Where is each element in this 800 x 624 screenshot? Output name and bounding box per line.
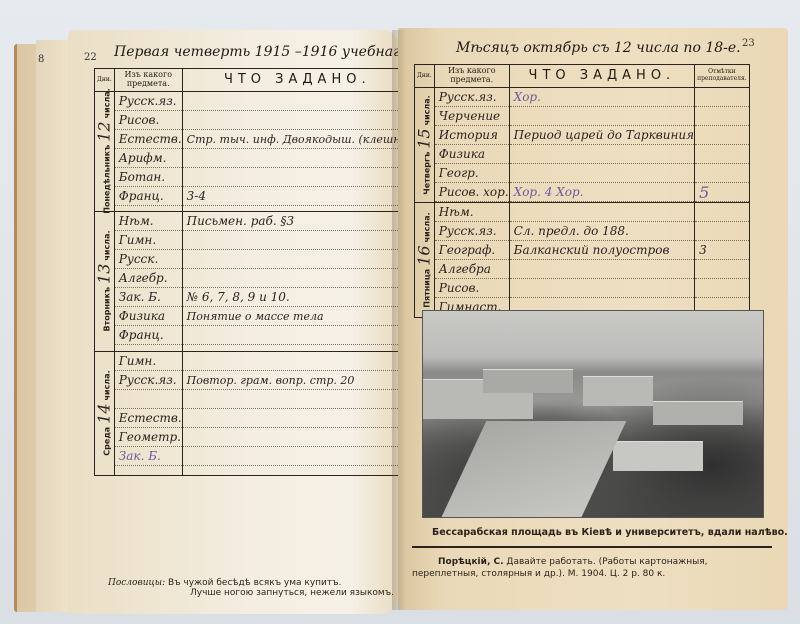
col-mark-header: Отмѣтки преподавателя. xyxy=(695,65,750,88)
proverb-line-1: Въ чужой бесѣдѣ всякъ ума купитъ. xyxy=(168,578,341,588)
assignment-entry: Балканский полуостров xyxy=(510,241,694,260)
assignment-entry: Письмен. раб. §3 xyxy=(183,212,412,231)
assignment-column: Письмен. раб. §3 № 6, 7, 8, 9 и 10. Поня… xyxy=(182,211,412,351)
day-cell: Пятница16числа. xyxy=(415,202,435,317)
assignment-column: Стр. тыч. инф. Двоякодыш. (клешни) 3-4 xyxy=(182,91,412,211)
subject-column: Русск.яз. Черчение История Физика Геогр.… xyxy=(434,87,509,202)
day-label: Среда14числа. xyxy=(95,370,114,455)
photo-building xyxy=(653,401,743,425)
proverb-line-2: Лучше ногою запнуться, нежели языкомъ. xyxy=(190,588,394,598)
assignment-entry: Сл. предл. до 188. xyxy=(510,222,694,241)
assignment-entry xyxy=(183,352,412,371)
subject-column: Нѣм. Гимн. Русск. Алгебр. Зак. Б. Физика… xyxy=(114,211,182,351)
assignment-entry xyxy=(510,164,694,183)
day-block-monday: Понедѣльникъ12числа. Русск.яз. Рисов. Ес… xyxy=(95,91,418,211)
assignment-entry: Стр. тыч. инф. Двоякодыш. (клешни) xyxy=(183,130,412,149)
photo-square xyxy=(440,421,627,518)
subject-entry: Рисов. хор. xyxy=(435,183,509,202)
assignment-entry xyxy=(183,447,412,466)
assignment-entry xyxy=(183,326,412,345)
assignment-entry xyxy=(183,390,412,409)
assignment-entry: Хор. xyxy=(510,88,694,107)
col-assigned-header: ЧТО ЗАДАНО. xyxy=(182,69,412,92)
mark-column: 3 xyxy=(695,202,750,317)
assignment-entry xyxy=(510,260,694,279)
assignment-entry xyxy=(183,428,412,447)
book-advertisement: Порѣцкій, С. Давайте работать. (Работы к… xyxy=(412,556,772,580)
day-cell: Среда14числа. xyxy=(95,351,115,475)
day-block-thursday: Четвергъ15числа. Русск.яз. Черчение Исто… xyxy=(415,87,750,202)
assignment-entry: 3-4 xyxy=(183,187,412,206)
day-block-wednesday: Среда14числа. Гимн. Русск.яз. Естеств. Г… xyxy=(95,351,418,475)
subject-entry: Русск.яз. xyxy=(115,371,182,390)
assignment-entry: № 6, 7, 8, 9 и 10. xyxy=(183,288,412,307)
day-label: Пятница16числа. xyxy=(415,212,434,307)
right-diary-table: Дни. Изъ какого предмета. ЧТО ЗАДАНО. От… xyxy=(414,64,750,318)
mark-column: 5 xyxy=(695,87,750,202)
day-cell: Понедѣльникъ12числа. xyxy=(95,91,115,211)
subject-entry: Географ. xyxy=(435,241,509,260)
day-label: Понедѣльникъ12числа. xyxy=(95,88,114,213)
subject-entry: Зак. Б. xyxy=(115,288,182,307)
day-cell: Четвергъ15числа. xyxy=(415,87,435,202)
assignment-entry xyxy=(183,269,412,288)
subject-entry: Русск. xyxy=(115,250,182,269)
assignment-entry: Хор. 4 Хор. xyxy=(510,183,694,202)
left-page: 22 Первая четверть 1915 –1916 учебнаго г… xyxy=(68,30,398,614)
outer-page-number: 8 xyxy=(38,54,44,65)
photo-caption: Бессарабская площадь въ Кіевѣ и универси… xyxy=(432,527,788,538)
subject-entry: Физика xyxy=(115,307,182,326)
subject-entry: Нѣм. xyxy=(115,212,182,231)
assignment-column: Сл. предл. до 188. Балканский полуостров xyxy=(509,202,694,317)
subject-entry: Русск.яз. xyxy=(435,88,509,107)
right-page-header: Мѣсяцъ октябрь съ 12 числа по 18-е. xyxy=(456,40,741,56)
day-cell: Вторникъ13числа. xyxy=(95,211,115,351)
divider-rule xyxy=(412,546,772,548)
photo-building xyxy=(583,376,653,406)
col-subject-header: Изъ какого предмета. xyxy=(434,65,509,88)
subject-column: Гимн. Русск.яз. Естеств. Геометр. Зак. Б… xyxy=(114,351,182,475)
teacher-mark: 5 xyxy=(695,183,749,202)
subject-entry: Геогр. xyxy=(435,164,509,183)
assignment-entry xyxy=(183,111,412,130)
day-block-tuesday: Вторникъ13числа. Нѣм. Гимн. Русск. Алгеб… xyxy=(95,211,418,351)
left-diary-table: Дни. Изъ какого предмета. ЧТО ЗАДАНО. По… xyxy=(94,68,418,476)
assignment-entry xyxy=(510,107,694,126)
col-assigned-header: ЧТО ЗАДАНО. xyxy=(509,65,694,88)
subject-entry: Рисов. xyxy=(435,279,509,298)
subject-entry: Арифм. xyxy=(115,149,182,168)
subject-entry: Русск.яз. xyxy=(435,222,509,241)
assignment-entry xyxy=(183,231,412,250)
col-day-header: Дни. xyxy=(415,65,435,88)
subject-entry: Алгебра xyxy=(435,260,509,279)
subject-entry: Франц. xyxy=(115,187,182,206)
proverbs-footer: Пословицы: Въ чужой бесѣдѣ всякъ ума куп… xyxy=(108,578,394,598)
subject-entry: Рисов. xyxy=(115,111,182,130)
proverbs-label: Пословицы: xyxy=(108,578,165,588)
assignment-entry xyxy=(183,250,412,269)
photo-building xyxy=(613,441,703,471)
page-number-right: 23 xyxy=(742,38,755,49)
subject-entry: Гимн. xyxy=(115,352,182,371)
book-spine-shadow xyxy=(392,30,406,610)
subject-entry: Зак. Б. xyxy=(115,447,182,466)
subject-entry: Черчение xyxy=(435,107,509,126)
teacher-mark: 3 xyxy=(695,241,749,260)
assignment-entry: Понятие о массе тела xyxy=(183,307,412,326)
subject-entry: Русск.яз. xyxy=(115,92,182,111)
subject-entry: Естеств. xyxy=(115,130,182,149)
day-label: Четвергъ15числа. xyxy=(415,95,434,194)
assignment-entry xyxy=(510,145,694,164)
subject-entry: История xyxy=(435,126,509,145)
subject-entry: Нѣм. xyxy=(435,203,509,222)
subject-entry: Франц. xyxy=(115,326,182,345)
day-block-friday: Пятница16числа. Нѣм. Русск.яз. Географ. … xyxy=(415,202,750,317)
photo-building xyxy=(483,369,573,393)
col-subject-header: Изъ какого предмета. xyxy=(114,69,182,92)
kiev-square-photo xyxy=(422,310,764,518)
subject-entry: Физика xyxy=(435,145,509,164)
subject-entry: Алгебр. xyxy=(115,269,182,288)
assignment-entry xyxy=(510,279,694,298)
assignment-entry xyxy=(183,409,412,428)
day-label: Вторникъ13числа. xyxy=(95,231,114,332)
subject-column: Нѣм. Русск.яз. Географ. Алгебра Рисов. Г… xyxy=(434,202,509,317)
subject-entry xyxy=(115,390,182,409)
assignment-entry xyxy=(183,149,412,168)
assignment-column: Хор. Период царей до Тарквиния Хор. 4 Хо… xyxy=(509,87,694,202)
subject-column: Русск.яз. Рисов. Естеств. Арифм. Ботан. … xyxy=(114,91,182,211)
assignment-entry: Период царей до Тарквиния xyxy=(510,126,694,145)
assignment-entry xyxy=(183,92,412,111)
assignment-column: Повтор. грам. вопр. стр. 20 xyxy=(182,351,412,475)
assignment-entry: Повтор. грам. вопр. стр. 20 xyxy=(183,371,412,390)
subject-entry: Естеств. xyxy=(115,409,182,428)
ad-author: Порѣцкій, С. xyxy=(438,557,504,567)
subject-entry: Гимн. xyxy=(115,231,182,250)
subject-entry: Геометр. xyxy=(115,428,182,447)
assignment-entry xyxy=(510,203,694,222)
page-number-left: 22 xyxy=(84,52,97,63)
assignment-entry xyxy=(183,168,412,187)
subject-entry: Ботан. xyxy=(115,168,182,187)
